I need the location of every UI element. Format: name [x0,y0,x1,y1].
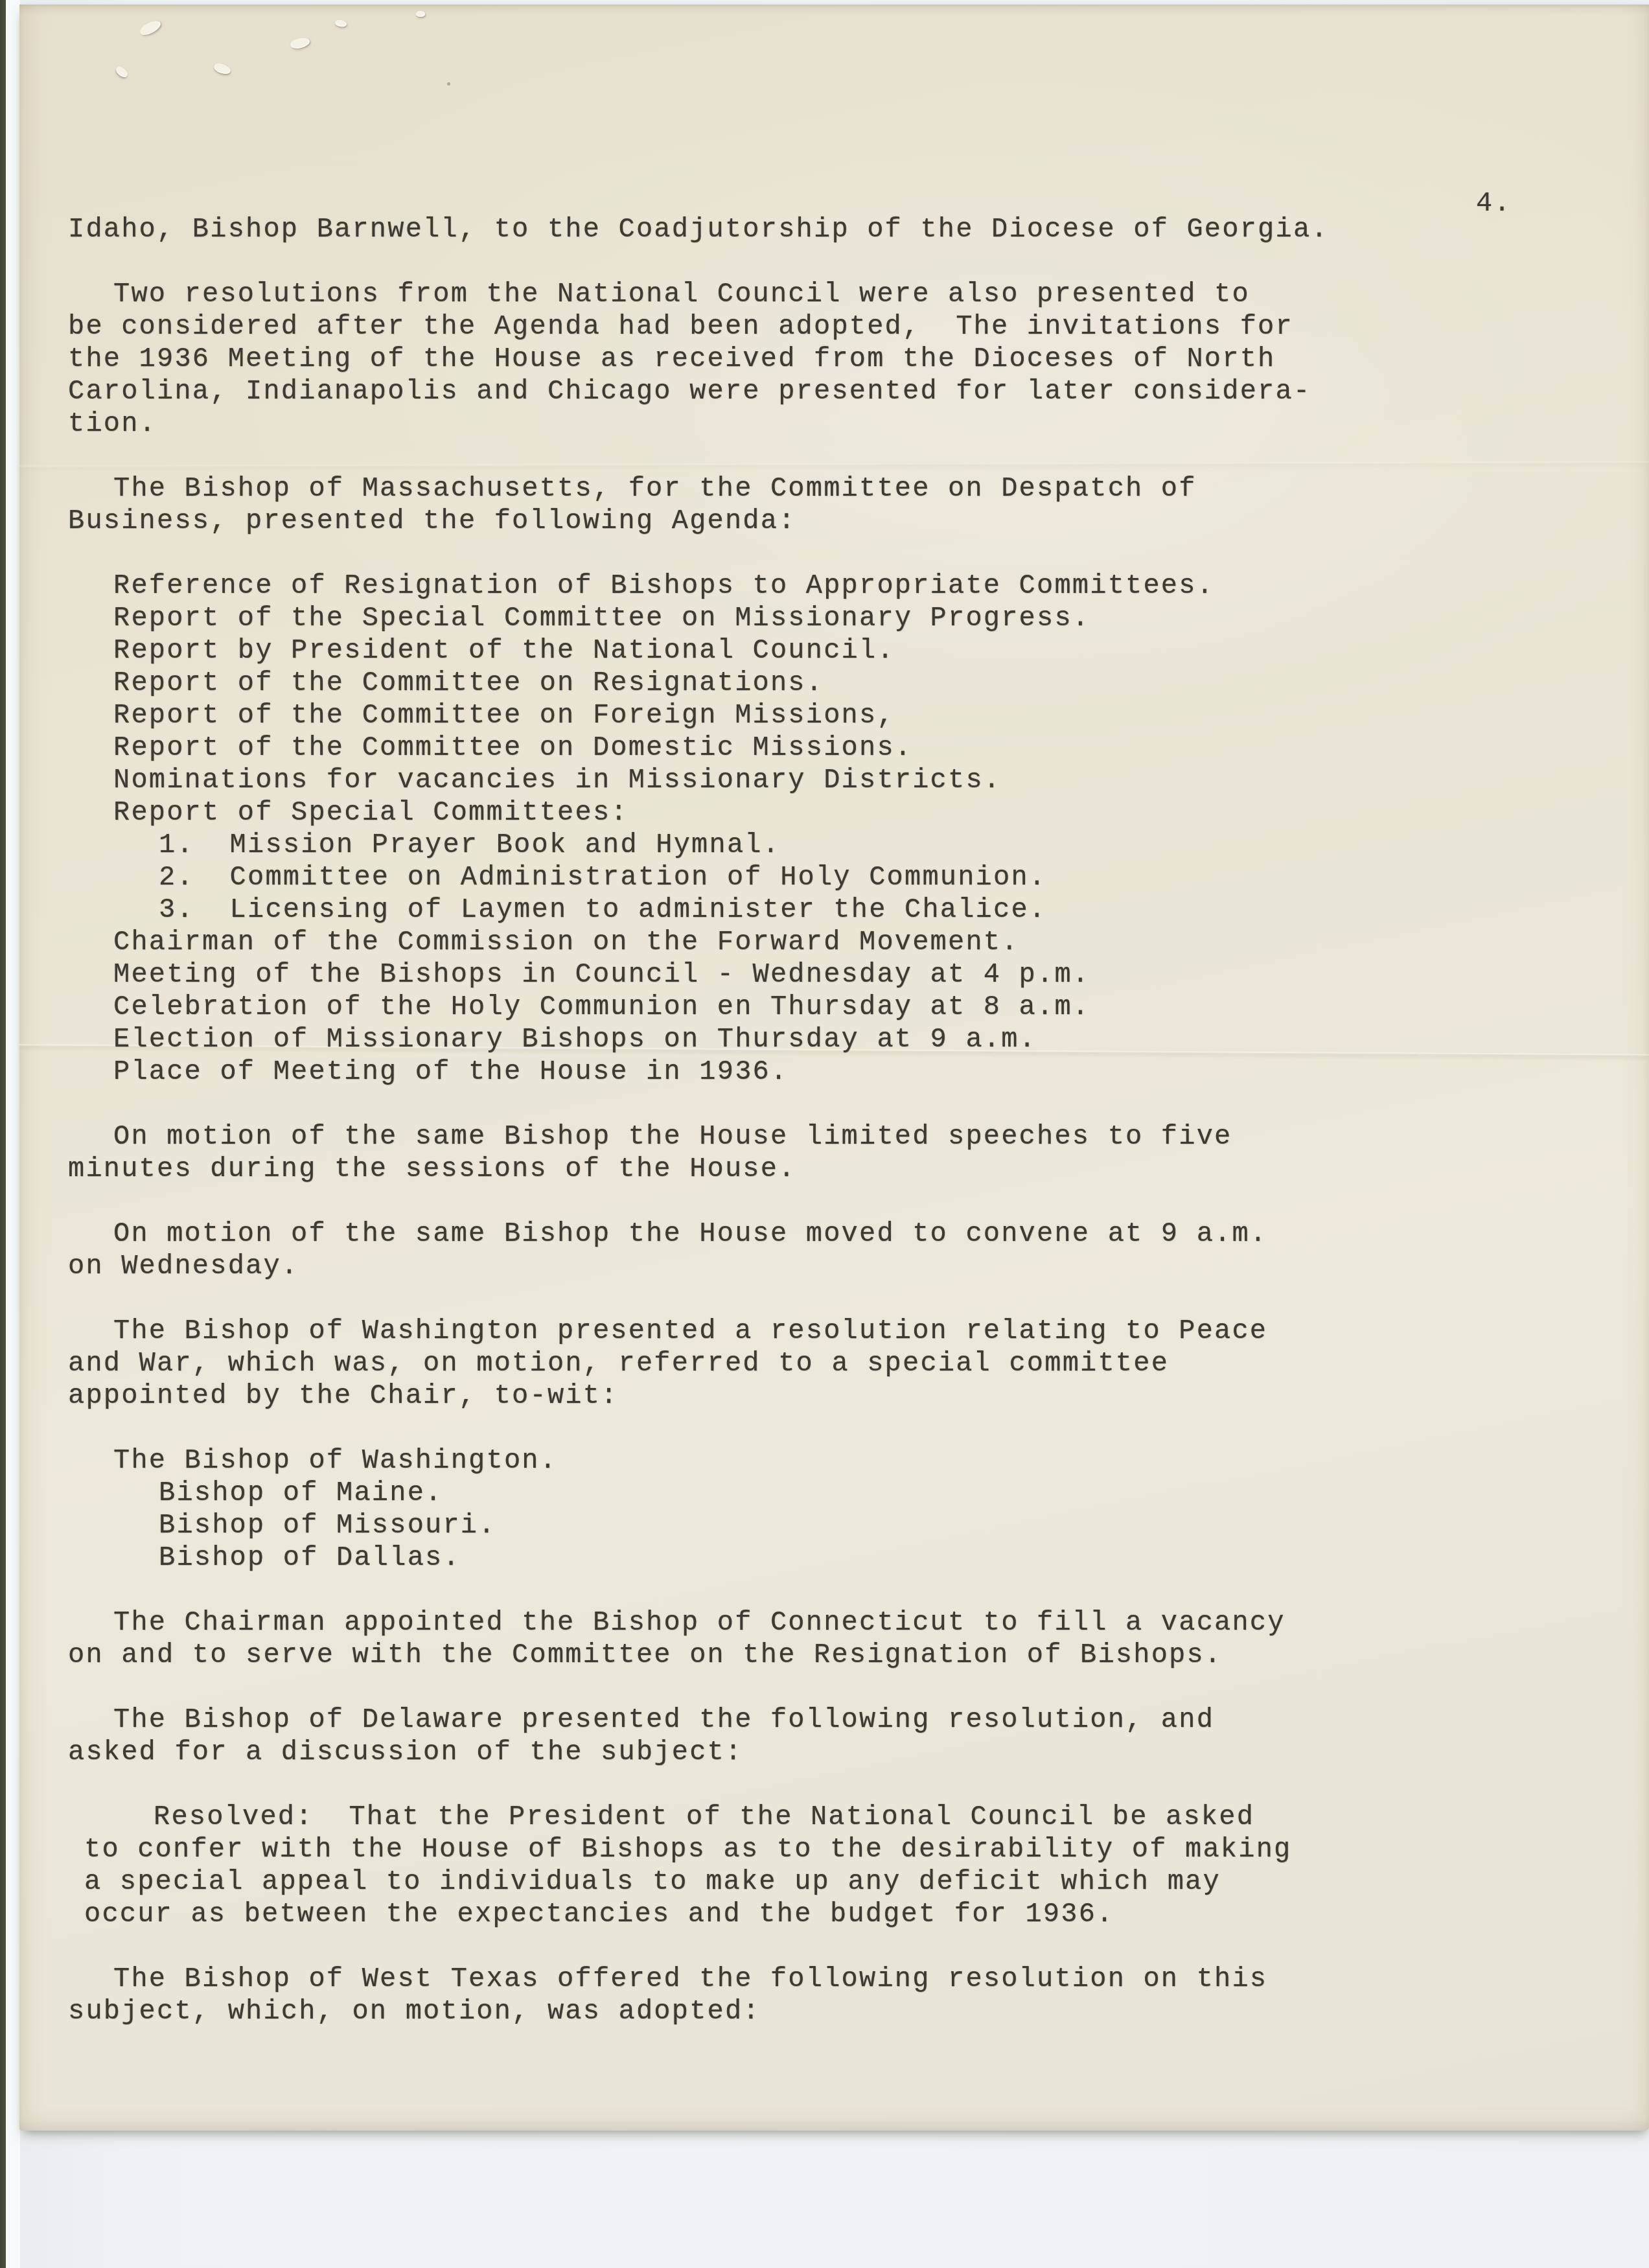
typewritten-line: on and to serve with the Committee on th… [19,1639,1649,1671]
blank-line [19,1671,1649,1704]
resolution-line: Resolved: That the President of the Nati… [19,1801,1649,1833]
paragraph-bishop-massachusetts: The Bishop of Massachusetts, for the Com… [19,472,1649,537]
typewritten-line: The Bishop of Delaware presented the fol… [19,1704,1649,1736]
resolution-line: occur as between the expectancies and th… [19,1898,1649,1930]
agenda-item: Meeting of the Bishops in Council - Wedn… [19,958,1649,991]
blank-line [19,1282,1649,1315]
typewritten-line: Idaho, Bishop Barnwell, to the Coadjutor… [19,213,1649,246]
committee-member: The Bishop of Washington. [19,1444,1649,1477]
paper-dent [138,18,163,38]
blank-line [19,1930,1649,1963]
resolution-line: a special appeal to individuals to make … [19,1866,1649,1898]
agenda-item: Report of the Committee on Foreign Missi… [19,699,1649,732]
paper-dent [114,65,129,79]
typewritten-line: The Bishop of West Texas offered the fol… [19,1963,1649,1995]
agenda-subitem: 1. Mission Prayer Book and Hymnal. [19,829,1649,861]
paper-dent [290,36,311,51]
agenda-subitem: 3. Licensing of Laymen to administer the… [19,894,1649,926]
paragraph-peace-and-war: The Bishop of Washington presented a res… [19,1315,1649,1412]
paragraph-convene: On motion of the same Bishop the House m… [19,1218,1649,1282]
blank-line [19,1185,1649,1218]
paper-dent [416,11,425,17]
paragraph-bishop-delaware: The Bishop of Delaware presented the fol… [19,1704,1649,1768]
typewritten-line: subject, which, on motion, was adopted: [19,1995,1649,2028]
paper-dent [334,19,347,28]
committee-member: Bishop of Missouri. [19,1509,1649,1542]
committee-member: Bishop of Dallas. [19,1542,1649,1574]
paragraph-speeches-limited: On motion of the same Bishop the House l… [19,1120,1649,1185]
typewritten-line: The Bishop of Washington presented a res… [19,1315,1649,1347]
agenda-item: Reference of Resignation of Bishops to A… [19,570,1649,602]
paragraph-chairman-appointment: The Chairman appointed the Bishop of Con… [19,1606,1649,1671]
paper-speck [447,82,450,86]
agenda-subitem: 2. Committee on Administration of Holy C… [19,861,1649,894]
typewritten-line: tion. [19,408,1649,440]
paragraph-opening: Idaho, Bishop Barnwell, to the Coadjutor… [19,213,1649,246]
typewritten-page: 4. Idaho, Bishop Barnwell, to the Coadju… [19,5,1649,2131]
typewritten-line: The Chairman appointed the Bishop of Con… [19,1606,1649,1639]
agenda-item: Report of Special Committees: [19,796,1649,829]
agenda-item: Nominations for vacancies in Missionary … [19,764,1649,796]
typewritten-line: appointed by the Chair, to-wit: [19,1380,1649,1412]
typewritten-line: Two resolutions from the National Counci… [19,278,1649,310]
typed-text-block: Idaho, Bishop Barnwell, to the Coadjutor… [19,213,1649,2028]
blank-line [19,1574,1649,1606]
blank-line [19,537,1649,570]
paper-dent [213,62,231,75]
blank-line [19,1412,1649,1444]
resolution-line: to confer with the House of Bishops as t… [19,1833,1649,1866]
agenda-item: Election of Missionary Bishops on Thursd… [19,1023,1649,1056]
agenda-item: Chairman of the Commission on the Forwar… [19,926,1649,958]
paragraph-two-resolutions: Two resolutions from the National Counci… [19,278,1649,440]
resolution-block: Resolved: That the President of the Nati… [19,1801,1649,1930]
typewritten-line: Carolina, Indianapolis and Chicago were … [19,375,1649,408]
blank-line [19,1088,1649,1120]
scan-edge-white-strip [6,0,20,2268]
agenda-item: Report by President of the National Coun… [19,634,1649,667]
agenda-item: Report of the Committee on Resignations. [19,667,1649,699]
paragraph-bishop-west-texas: The Bishop of West Texas offered the fol… [19,1963,1649,2028]
special-committee-list: The Bishop of Washington. Bishop of Main… [19,1444,1649,1574]
agenda-item: Place of Meeting of the House in 1936. [19,1056,1649,1088]
agenda-item: Report of the Special Committee on Missi… [19,602,1649,634]
blank-line [19,440,1649,472]
typewritten-line: minutes during the sessions of the House… [19,1153,1649,1185]
agenda-item: Celebration of the Holy Communion en Thu… [19,991,1649,1023]
scan-edge-dark-strip [0,0,6,2268]
typewritten-line: on Wednesday. [19,1250,1649,1282]
committee-member: Bishop of Maine. [19,1477,1649,1509]
typewritten-line: and War, which was, on motion, referred … [19,1347,1649,1380]
typewritten-line: the 1936 Meeting of the House as receive… [19,343,1649,375]
agenda-item: Report of the Committee on Domestic Miss… [19,732,1649,764]
blank-line [19,1768,1649,1801]
typewritten-line: be considered after the Agenda had been … [19,310,1649,343]
typewritten-line: asked for a discussion of the subject: [19,1736,1649,1768]
blank-line [19,246,1649,278]
typewritten-line: Business, presented the following Agenda… [19,505,1649,537]
typewritten-line: The Bishop of Massachusetts, for the Com… [19,472,1649,505]
typewritten-line: On motion of the same Bishop the House l… [19,1120,1649,1153]
typewritten-line: On motion of the same Bishop the House m… [19,1218,1649,1250]
agenda-list: Reference of Resignation of Bishops to A… [19,570,1649,1088]
